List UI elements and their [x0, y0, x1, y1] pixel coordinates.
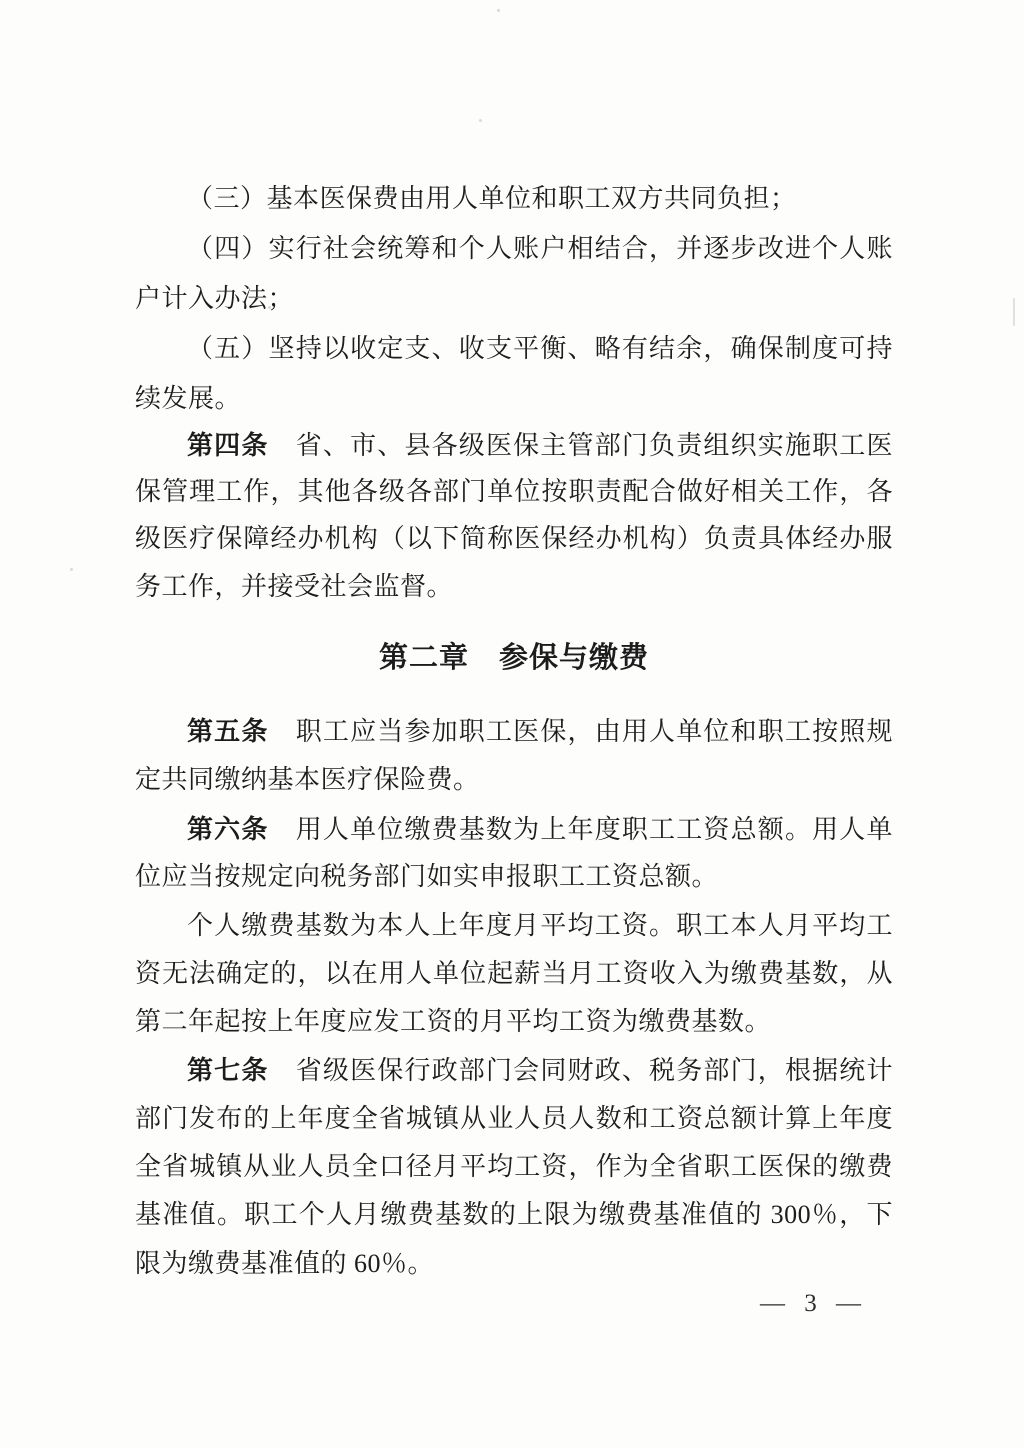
text-line: 定共同缴纳基本医疗保险费。 [135, 763, 893, 797]
text-segment: 保管理工作，其他各级各部门单位按职责配合做好相关工作，各 [135, 477, 893, 506]
text-line: 基准值。职工个人月缴费基数的上限为缴费基准值的 300％，下 [135, 1198, 893, 1232]
article-number: 第五条 [187, 716, 269, 746]
text-segment: 省、市、县各级医保主管部门负责组织实施职工医 [269, 431, 893, 460]
text-segment: 续发展。 [135, 384, 241, 413]
text-segment: 定共同缴纳基本医疗保险费。 [135, 765, 480, 794]
text-segment: 个人缴费基数为本人上年度月平均工资。职工本人月平均工 [187, 911, 893, 940]
text-line: 级医疗保障经办机构（以下简称医保经办机构）负责具体经办服 [135, 522, 893, 556]
text-line: 保管理工作，其他各级各部门单位按职责配合做好相关工作，各 [135, 475, 893, 509]
text-segment: 务工作，并接受社会监督。 [135, 572, 453, 601]
scan-speck [479, 119, 482, 122]
text-segment: 部门发布的上年度全省城镇从业人员人数和工资总额计算上年度 [135, 1104, 893, 1133]
scan-speck [608, 928, 611, 931]
page-number: — 3 — [760, 1288, 890, 1320]
text-line: 第二年起按上年度应发工资的月平均工资为缴费基数。 [135, 1005, 893, 1039]
text-segment: 第二章 参保与缴费 [379, 642, 649, 674]
text-segment: 级医疗保障经办机构（以下简称医保经办机构）负责具体经办服 [135, 524, 893, 553]
document-page: （三）基本医保费由用人单位和职工双方共同负担；（四）实行社会统筹和个人账户相结合… [0, 0, 1024, 1448]
text-segment: 全省城镇从业人员全口径月平均工资，作为全省职工医保的缴费 [135, 1152, 893, 1181]
text-segment: 第二年起按上年度应发工资的月平均工资为缴费基数。 [135, 1007, 771, 1036]
text-line: 第六条 用人单位缴费基数为上年度职工工资总额。用人单 [187, 812, 893, 847]
text-line: 第七条 省级医保行政部门会同财政、税务部门，根据统计 [187, 1053, 893, 1088]
text-line: （五）坚持以收定支、收支平衡、略有结余，确保制度可持 [187, 332, 893, 366]
article-number: 第四条 [187, 430, 269, 460]
article-number: 第六条 [187, 814, 269, 844]
text-segment: 限为缴费基准值的 60％。 [135, 1249, 434, 1278]
text-segment: 职工应当参加职工医保，由用人单位和职工按照规 [269, 717, 893, 746]
text-line: 全省城镇从业人员全口径月平均工资，作为全省职工医保的缴费 [135, 1150, 893, 1184]
scan-speck [70, 568, 73, 571]
text-line: 限为缴费基准值的 60％。 [135, 1247, 893, 1281]
text-line: 第五条 职工应当参加职工医保，由用人单位和职工按照规 [187, 714, 893, 749]
article-number: 第七条 [187, 1055, 269, 1085]
text-line: 个人缴费基数为本人上年度月平均工资。职工本人月平均工 [187, 909, 893, 943]
text-line: 部门发布的上年度全省城镇从业人员人数和工资总额计算上年度 [135, 1102, 893, 1136]
text-segment: 基准值。职工个人月缴费基数的上限为缴费基准值的 300％，下 [135, 1200, 893, 1229]
text-segment: （五）坚持以收定支、收支平衡、略有结余，确保制度可持 [187, 334, 893, 363]
text-segment: 省级医保行政部门会同财政、税务部门，根据统计 [269, 1056, 893, 1085]
text-line: 位应当按规定向税务部门如实申报职工工资总额。 [135, 860, 893, 894]
text-line: 务工作，并接受社会监督。 [135, 570, 893, 604]
text-line: 第四条 省、市、县各级医保主管部门负责组织实施职工医 [187, 428, 893, 463]
text-line: （三）基本医保费由用人单位和职工双方共同负担； [187, 182, 893, 216]
text-segment: 用人单位缴费基数为上年度职工工资总额。用人单 [269, 815, 893, 844]
text-line: 资无法确定的，以在用人单位起薪当月工资收入为缴费基数，从 [135, 957, 893, 991]
scan-speck [497, 9, 500, 12]
text-segment: （四）实行社会统筹和个人账户相结合，并逐步改进个人账 [187, 234, 893, 263]
scan-edge-mark [1013, 298, 1015, 326]
text-line: 续发展。 [135, 382, 893, 416]
text-segment: 位应当按规定向税务部门如实申报职工工资总额。 [135, 862, 718, 891]
scan-speck [268, 306, 271, 309]
text-line: 户计入办法； [135, 282, 893, 316]
text-segment: （三）基本医保费由用人单位和职工双方共同负担； [187, 184, 797, 213]
text-line: （四）实行社会统筹和个人账户相结合，并逐步改进个人账 [187, 232, 893, 266]
chapter-heading: 第二章 参保与缴费 [135, 640, 893, 676]
text-segment: 资无法确定的，以在用人单位起薪当月工资收入为缴费基数，从 [135, 959, 893, 988]
